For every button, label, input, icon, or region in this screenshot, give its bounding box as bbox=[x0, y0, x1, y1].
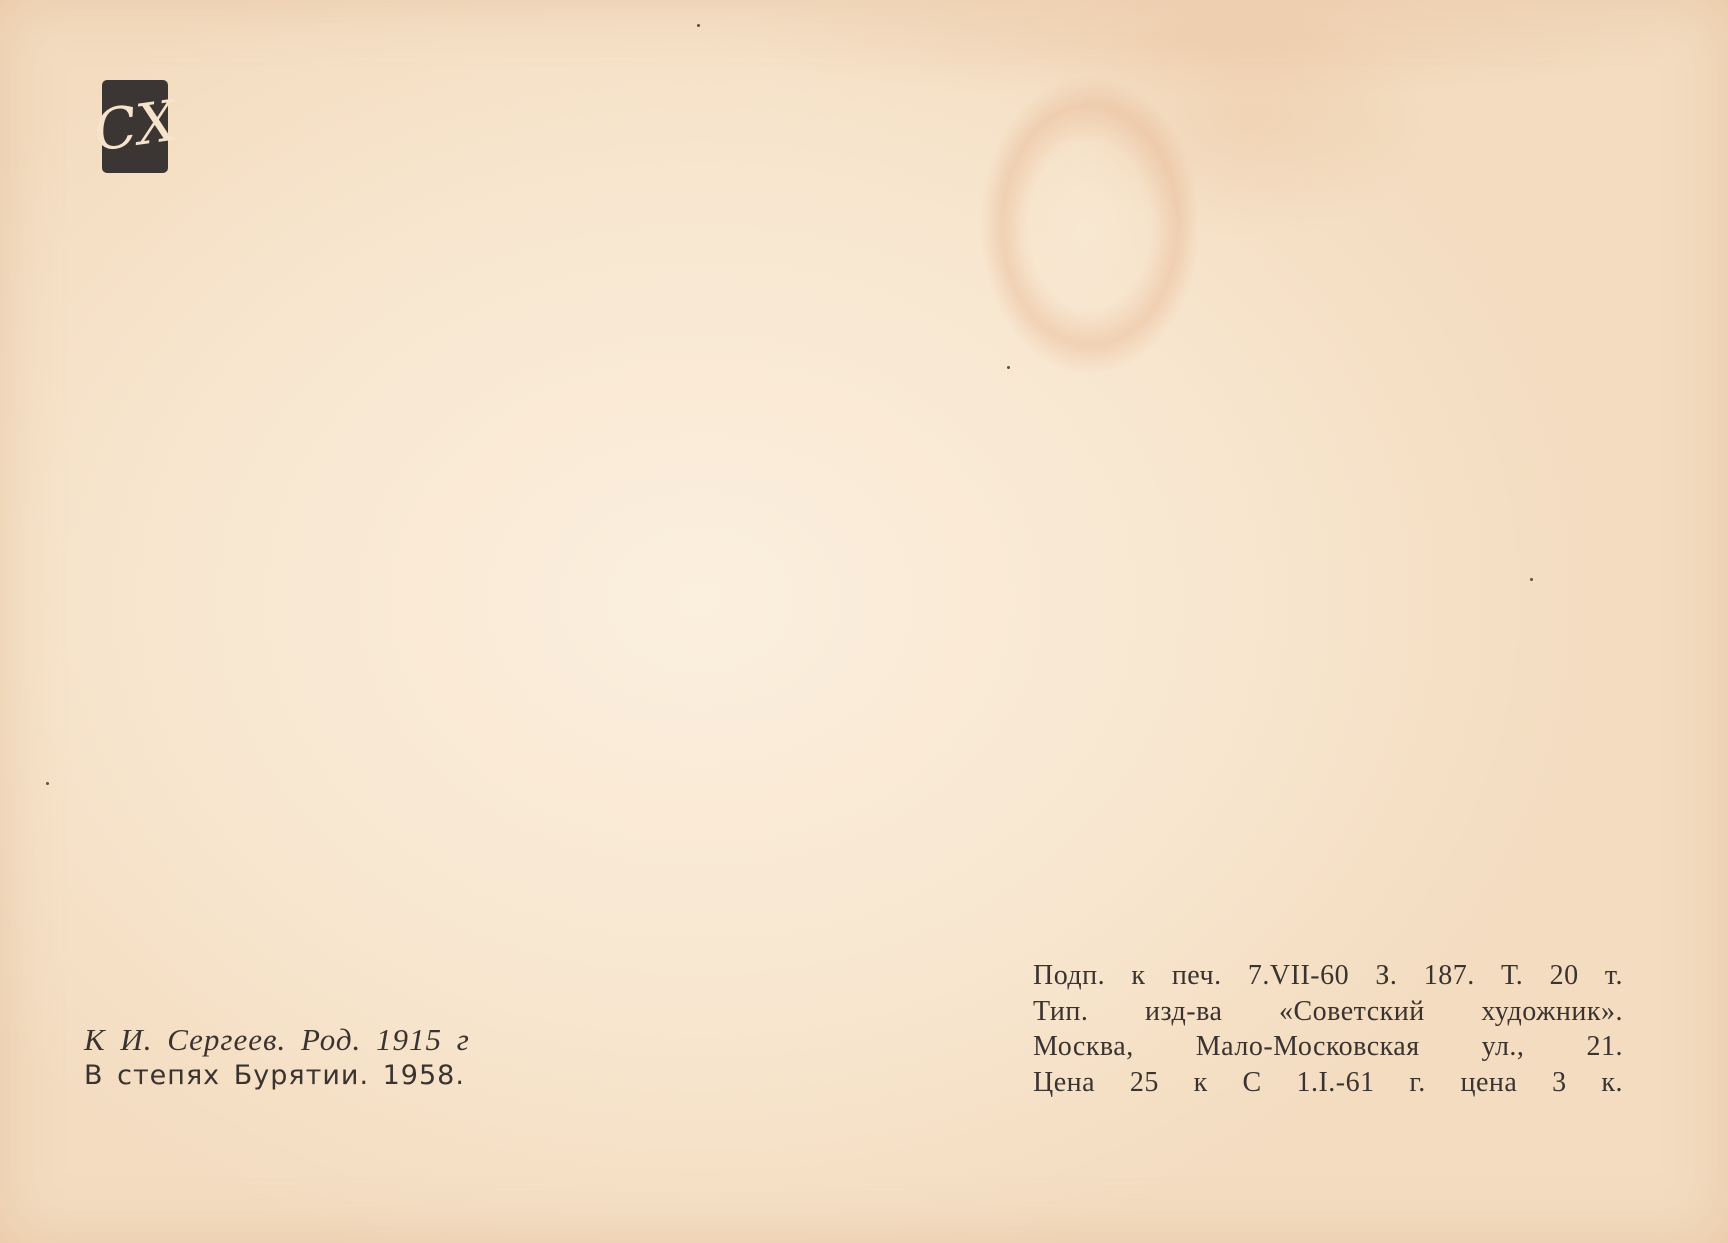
imprint-line: Цена 25 к С 1.I.-61 г. цена 3 к. bbox=[1033, 1065, 1623, 1101]
imprint-line: Подп. к печ. 7.VII-60 З. 187. Т. 20 т. bbox=[1033, 958, 1623, 994]
logo-glyph: СХ bbox=[90, 93, 180, 160]
artwork-title-line: В степях Бурятии. 1958. bbox=[84, 1058, 470, 1094]
paper-speck bbox=[1007, 366, 1010, 369]
imprint-line: Тип. изд-ва «Советский художник». bbox=[1033, 994, 1623, 1030]
artist-line: К И. Сергеев. Род. 1915 г bbox=[84, 1022, 470, 1058]
paper-speck bbox=[697, 24, 700, 27]
imprint-line: Москва, Мало-Московская ул., 21. bbox=[1033, 1029, 1623, 1065]
artwork-caption: К И. Сергеев. Род. 1915 г В степях Бурят… bbox=[84, 1022, 470, 1094]
postcard-back: СХ К И. Сергеев. Род. 1915 г В степях Бу… bbox=[0, 0, 1728, 1243]
publisher-monogram-icon: СХ bbox=[102, 80, 168, 173]
paper-speck bbox=[46, 782, 49, 785]
print-imprint: Подп. к печ. 7.VII-60 З. 187. Т. 20 т. Т… bbox=[1033, 958, 1623, 1100]
paper-speck bbox=[1530, 578, 1533, 581]
